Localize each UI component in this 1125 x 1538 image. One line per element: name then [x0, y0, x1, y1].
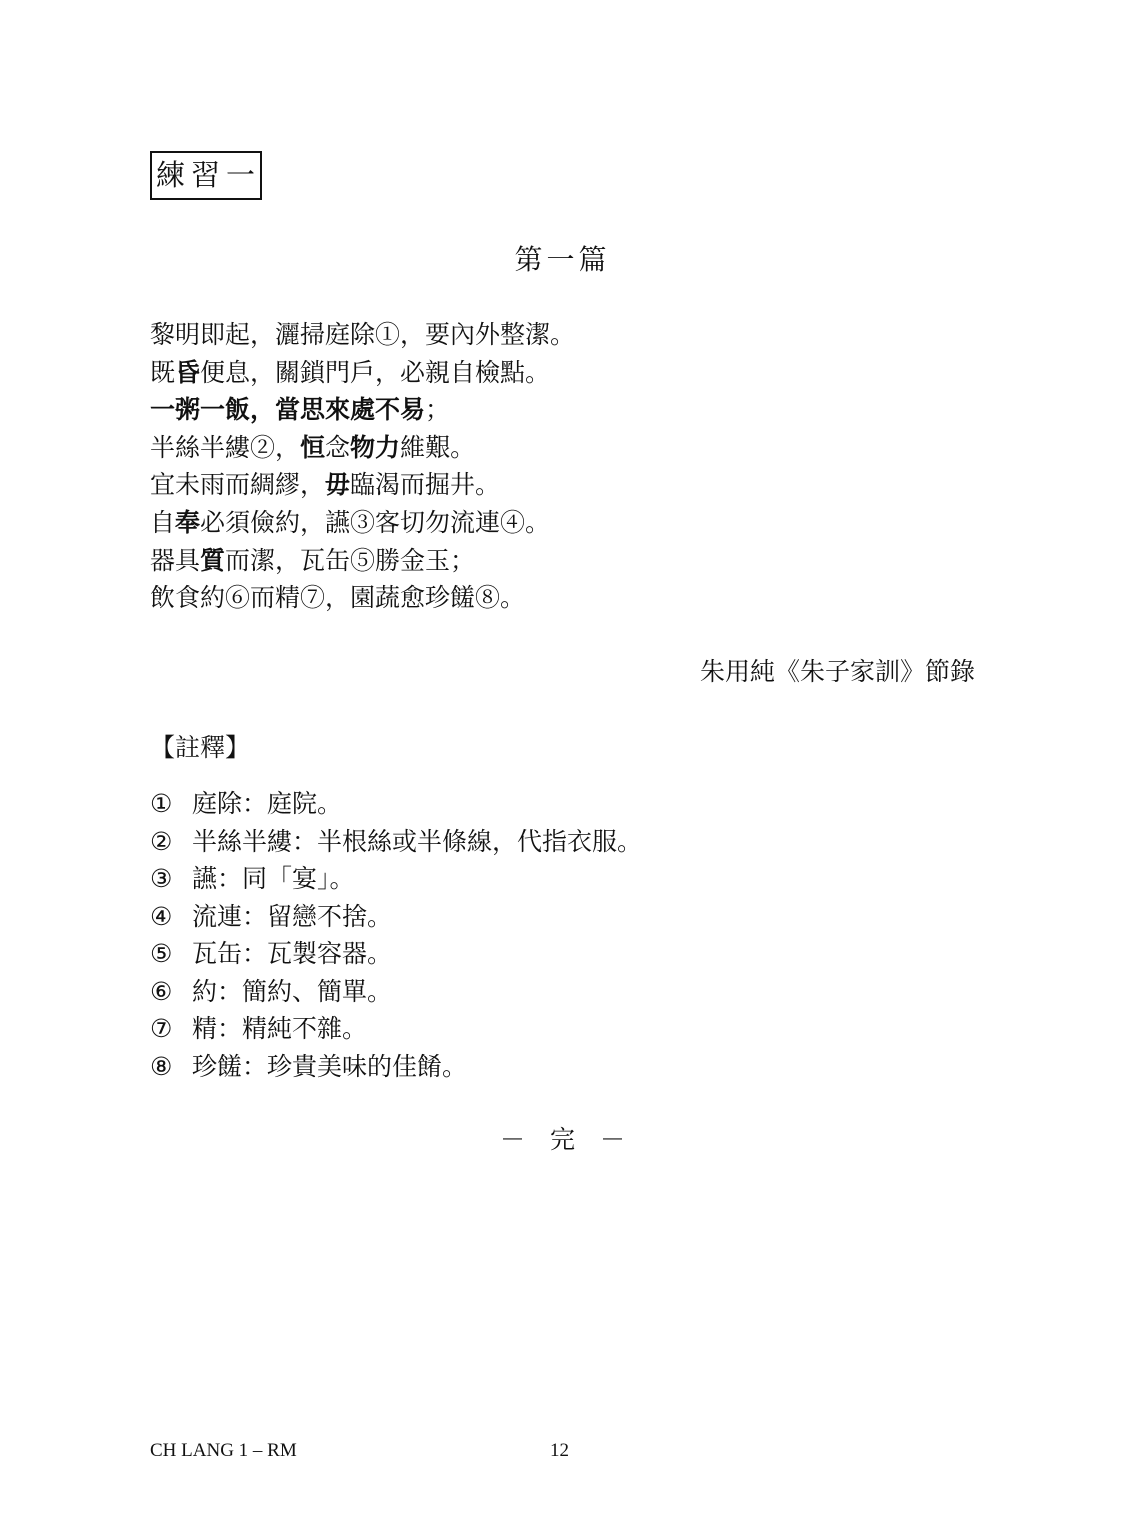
note-text: 瓦缶：瓦製容器。	[192, 935, 392, 973]
emphasized-text: 毋	[325, 470, 350, 499]
passage-segment: 飲食約⑥而精⑦，園蔬愈珍饈⑧。	[150, 583, 525, 612]
exercise-label: 練習一	[150, 151, 262, 200]
passage-segment: 而潔，瓦缶⑤勝金玉；	[225, 546, 475, 575]
note-text: 珍饈：珍貴美味的佳餚。	[192, 1048, 467, 1086]
passage-line: 黎明即起，灑掃庭除①，要內外整潔。	[150, 316, 575, 354]
passage-segment: ；	[425, 395, 450, 424]
notes-list: ①庭除：庭院。②半絲半縷：半根絲或半條線，代指衣服。③讌：同「宴」。④流連：留戀…	[150, 785, 642, 1085]
note-number: ⑤	[150, 935, 192, 973]
passage-line: 一粥一飯，當思來處不易；	[150, 391, 575, 429]
source-citation: 朱用純《朱子家訓》節錄	[700, 654, 975, 690]
passage-text: 黎明即起，灑掃庭除①，要內外整潔。既昏便息，關鎖門戶，必親自檢點。一粥一飯，當思…	[150, 316, 575, 617]
footer-page-number: 12	[550, 1439, 569, 1463]
end-mark: － 完 －	[0, 1122, 1125, 1158]
note-text: 約：簡約、簡單。	[192, 973, 392, 1011]
passage-line: 半絲半縷②，恒念物力維艱。	[150, 429, 575, 467]
emphasized-text: 一粥一飯，當思來處不易	[150, 395, 425, 424]
note-item: ①庭除：庭院。	[150, 785, 642, 823]
passage-segment: 半絲半縷②，	[150, 433, 300, 462]
note-number: ④	[150, 898, 192, 936]
passage-segment: 既	[150, 358, 175, 387]
note-number: ⑦	[150, 1010, 192, 1048]
note-item: ④流連：留戀不捨。	[150, 898, 642, 936]
passage-segment: 念	[325, 433, 350, 462]
emphasized-text: 物力	[350, 433, 400, 462]
note-number: ⑥	[150, 973, 192, 1011]
notes-heading: 【註釋】	[150, 730, 250, 766]
note-number: ②	[150, 823, 192, 861]
passage-segment: 器具	[150, 546, 200, 575]
note-text: 流連：留戀不捨。	[192, 898, 392, 936]
passage-segment: 自	[150, 508, 175, 537]
passage-segment: 便息，關鎖門戶，必親自檢點。	[200, 358, 550, 387]
passage-line: 既昏便息，關鎖門戶，必親自檢點。	[150, 354, 575, 392]
note-number: ③	[150, 860, 192, 898]
emphasized-text: 奉	[175, 508, 200, 537]
passage-segment: 維艱。	[400, 433, 475, 462]
emphasized-text: 恒	[300, 433, 325, 462]
note-item: ⑦精：精純不雜。	[150, 1010, 642, 1048]
passage-segment: 臨渴而掘井。	[350, 470, 500, 499]
note-number: ⑧	[150, 1048, 192, 1086]
emphasized-text: 昏	[175, 358, 200, 387]
note-item: ②半絲半縷：半根絲或半條線，代指衣服。	[150, 823, 642, 861]
passage-line: 自奉必須儉約，讌③客切勿流連④。	[150, 504, 575, 542]
passage-line: 器具質而潔，瓦缶⑤勝金玉；	[150, 542, 575, 580]
passage-line: 飲食約⑥而精⑦，園蔬愈珍饈⑧。	[150, 579, 575, 617]
emphasized-text: 質	[200, 546, 225, 575]
passage-segment: 黎明即起，灑掃庭除①，要內外整潔。	[150, 320, 575, 349]
passage-title: 第一篇	[0, 240, 1125, 280]
note-item: ⑤瓦缶：瓦製容器。	[150, 935, 642, 973]
note-number: ①	[150, 785, 192, 823]
note-text: 半絲半縷：半根絲或半條線，代指衣服。	[192, 823, 642, 861]
passage-segment: 必須儉約，讌③客切勿流連④。	[200, 508, 550, 537]
passage-title-text: 第一篇	[514, 240, 610, 280]
passage-line: 宜未雨而綢繆，毋臨渴而掘井。	[150, 466, 575, 504]
note-item: ⑥約：簡約、簡單。	[150, 973, 642, 1011]
note-text: 讌：同「宴」。	[192, 860, 355, 898]
footer-paper-code: CH LANG 1 – RM	[150, 1439, 297, 1463]
note-item: ⑧珍饈：珍貴美味的佳餚。	[150, 1048, 642, 1086]
note-item: ③讌：同「宴」。	[150, 860, 642, 898]
note-text: 庭除：庭院。	[192, 785, 342, 823]
note-text: 精：精純不雜。	[192, 1010, 367, 1048]
passage-segment: 宜未雨而綢繆，	[150, 470, 325, 499]
